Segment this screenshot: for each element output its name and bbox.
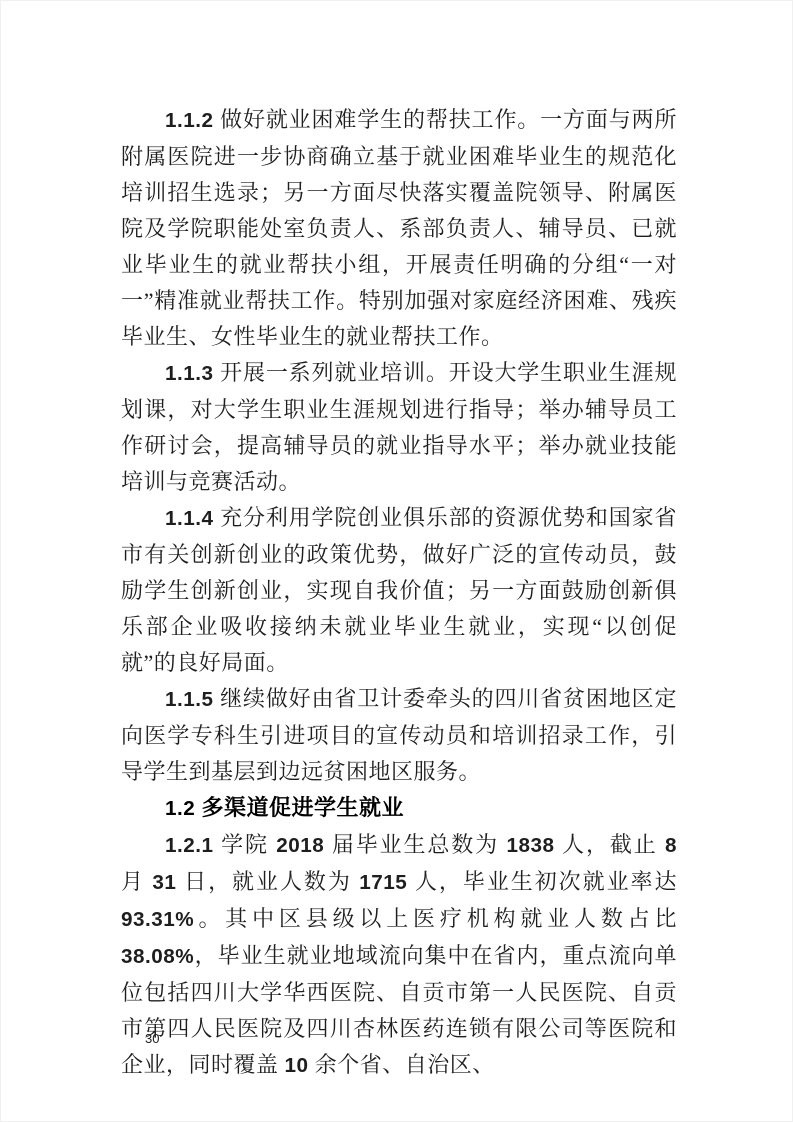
para-1-1-5: 1.1.5 继续做好由省卫计委牵头的四川省贫困地区定向医学专科生引进项目的宣传动… bbox=[121, 681, 677, 790]
para-1-1-4: 1.1.4 充分利用学院创业俱乐部的资源优势和国家省市有关创新创业的政策优势，做… bbox=[121, 500, 677, 681]
heading-1-2: 1.2 多渠道促进学生就业 bbox=[121, 790, 677, 827]
text-segment: 1838 bbox=[506, 834, 562, 857]
text-segment: 人，截止 bbox=[562, 832, 665, 857]
document-page: 1.1.2 做好就业困难学生的帮扶工作。一方面与两所附属医院进一步协商确立基于就… bbox=[0, 0, 793, 1122]
text-segment: 2018 bbox=[276, 834, 332, 857]
text-segment: 日，就业人数为 bbox=[184, 869, 359, 894]
text-segment: 月 bbox=[121, 869, 152, 894]
text-segment: 93.31% bbox=[121, 908, 194, 931]
text-segment: 8 bbox=[665, 834, 677, 857]
page-number-label: 30 bbox=[145, 1031, 159, 1047]
text-segment: 10 bbox=[285, 1054, 315, 1077]
text-segment: 学院 bbox=[221, 832, 276, 857]
text-segment: 38.08% bbox=[121, 945, 194, 968]
para-1-2-1: 1.2.1 学院 2018 届毕业生总数为 1838 人，截止 8 月 31 日… bbox=[121, 827, 677, 1084]
text-segment: 1.1.5 bbox=[165, 688, 220, 711]
text-segment: 人，毕业生初次就业率达 bbox=[415, 869, 677, 894]
text-segment: 1.2.1 bbox=[165, 834, 221, 857]
text-segment: 做好就业困难学生的帮扶工作。一方面与两所附属医院进一步协商确立基于就业困难毕业生… bbox=[121, 107, 677, 349]
text-segment: 充分利用学院创业俱乐部的资源优势和国家省市有关创新创业的政策优势，做好广泛的宣传… bbox=[121, 505, 677, 675]
para-1-1-3: 1.1.3 开展一系列就业培训。开设大学生职业生涯规划课，对大学生职业生涯规划进… bbox=[121, 355, 677, 500]
text-segment: 1715 bbox=[359, 871, 415, 894]
text-segment: 多渠道促进学生就业 bbox=[201, 795, 404, 820]
text-segment: 1.1.2 bbox=[165, 109, 220, 132]
text-segment: 余个省、自治区、 bbox=[315, 1052, 495, 1077]
text-segment: 1.2 bbox=[165, 797, 201, 820]
document-body: 1.1.2 做好就业困难学生的帮扶工作。一方面与两所附属医院进一步协商确立基于就… bbox=[121, 102, 677, 1084]
text-segment: 1.1.4 bbox=[165, 507, 220, 530]
para-1-1-2: 1.1.2 做好就业困难学生的帮扶工作。一方面与两所附属医院进一步协商确立基于就… bbox=[121, 102, 677, 355]
text-segment: 届毕业生总数为 bbox=[332, 832, 507, 857]
text-segment: 1.1.3 bbox=[165, 362, 220, 385]
text-segment: 31 bbox=[152, 871, 184, 894]
text-segment: 。其中区县级以上医疗机构就业人数占比 bbox=[194, 906, 677, 931]
